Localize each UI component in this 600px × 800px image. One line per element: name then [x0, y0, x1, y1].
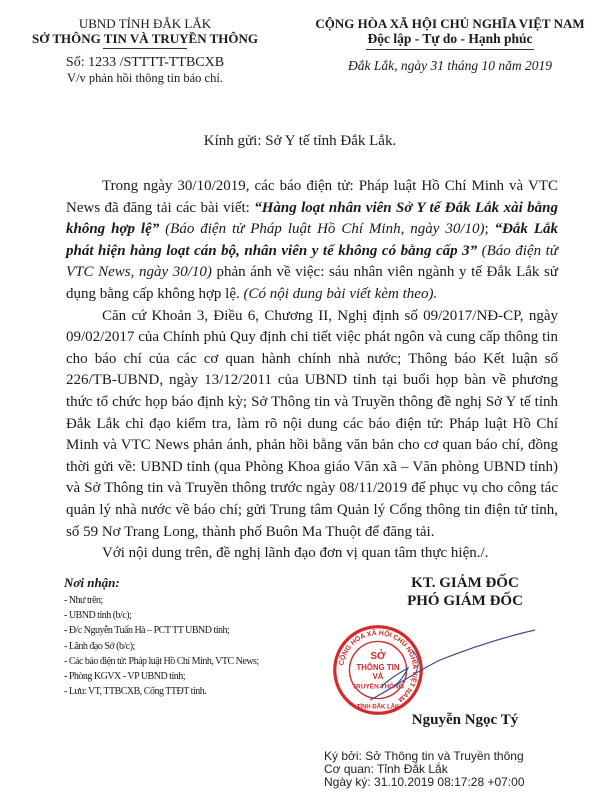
recipient-item: - UBND tỉnh (b/c);	[64, 608, 304, 623]
national-motto: Độc lập - Tự do - Hạnh phúc	[300, 31, 600, 47]
document-subject: V/v phản hồi thông tin báo chí.	[0, 71, 290, 85]
national-header: CỘNG HÒA XÃ HỘI CHỦ NGHĨA VIỆT NAM Độc l…	[300, 16, 600, 74]
motto-underline	[366, 49, 534, 50]
paragraph-3: Với nội dung trên, đề nghị lãnh đạo đơn …	[66, 543, 558, 565]
recipient-item: - Lãnh đạo Sở (b/c);	[64, 639, 304, 654]
signer-name: Nguyễn Ngọc Tý	[330, 712, 600, 729]
signature-title-block: KT. GIÁM ĐỐC PHÓ GIÁM ĐỐC	[330, 574, 600, 610]
handwritten-signature-icon	[360, 620, 540, 710]
issuing-department: SỞ THÔNG TIN VÀ TRUYỀN THÔNG	[0, 31, 290, 46]
addressee: Kính gửi: Sở Y tế tỉnh Đắk Lắk.	[0, 133, 600, 150]
recipient-item: - Lưu: VT, TTBCXB, Cổng TTĐT tỉnh.	[64, 684, 304, 699]
paragraph-1: Trong ngày 30/10/2019, các báo điện tử: …	[66, 176, 558, 306]
issuing-authority: UBND TỈNH ĐẮK LẮK	[0, 16, 290, 31]
signing-time: Ngày ký: 31.10.2019 08:17:28 +07:00	[324, 776, 525, 789]
recipients-list: - Như trên; - UBND tỉnh (b/c); - Đ/c Ngu…	[64, 593, 304, 699]
header-underline	[103, 48, 187, 49]
paragraph-2: Căn cứ Khoản 3, Điều 6, Chương II, Nghị …	[66, 306, 558, 544]
recipients-title: Nơi nhận:	[64, 575, 304, 591]
signature-line-1: KT. GIÁM ĐỐC	[330, 574, 600, 592]
digital-signature-info: Ký bởi: Sở Thông tin và Truyền thông Cơ …	[324, 750, 525, 789]
article-source-1: (Báo điện tử Pháp luật Hồ Chí Minh, ngày…	[159, 221, 484, 237]
place-date: Đắk Lắk, ngày 31 tháng 10 năm 2019	[300, 58, 600, 74]
attachment-note: (Có nội dung bài viết kèm theo).	[243, 286, 437, 302]
recipients-block: Nơi nhận: - Như trên; - UBND tỉnh (b/c);…	[64, 575, 304, 699]
recipient-item: - Phòng KGVX - VP UBND tỉnh;	[64, 669, 304, 684]
recipient-item: - Đ/c Nguyễn Tuấn Hà – PCT TT UBND tỉnh;	[64, 623, 304, 638]
recipient-item: - Như trên;	[64, 593, 304, 608]
document-number: Số: 1233 /STTTT-TTBCXB	[0, 55, 290, 71]
letter-body: Trong ngày 30/10/2019, các báo điện tử: …	[66, 176, 558, 565]
separator: ;	[485, 221, 495, 237]
nation-title: CỘNG HÒA XÃ HỘI CHỦ NGHĨA VIỆT NAM	[300, 16, 600, 31]
issuer-header: UBND TỈNH ĐẮK LẮK SỞ THÔNG TIN VÀ TRUYỀN…	[0, 16, 290, 85]
signature-line-2: PHÓ GIÁM ĐỐC	[330, 592, 600, 610]
recipient-item: - Các báo điện tử: Pháp luật Hồ Chí Minh…	[64, 654, 304, 669]
